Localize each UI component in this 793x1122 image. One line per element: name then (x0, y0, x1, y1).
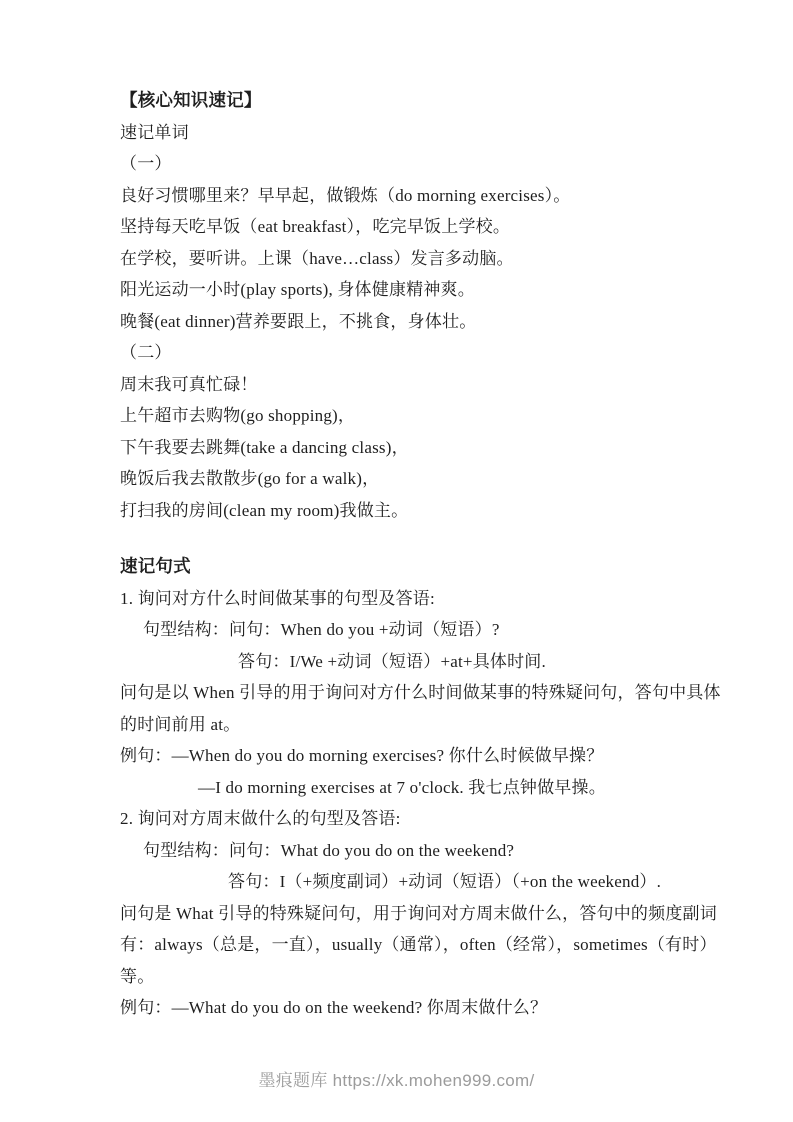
numbered-item-2: 2. 询问对方周末做什么的句型及答语: (120, 803, 680, 835)
example-question-line: 例句：—What do you do on the weekend? 你周末做什… (120, 992, 680, 1024)
part-two-label: （二） (120, 337, 680, 369)
pattern-question-line: 句型结构：问句：What do you do on the weekend? (120, 835, 680, 867)
text-line: 打扫我的房间(clean my room)我做主。 (120, 495, 680, 527)
explanation-line: 的时间前用 at。 (120, 709, 680, 741)
heading-core-knowledge: 【核心知识速记】 (120, 85, 680, 117)
example-answer-line: —I do morning exercises at 7 o'clock. 我七… (120, 772, 680, 804)
document-body: 【核心知识速记】 速记单词 （一） 良好习惯哪里来？早早起，做锻炼（do mor… (120, 85, 680, 1024)
text-line: 周末我可真忙碌！ (120, 369, 680, 401)
text-line: 阳光运动一小时(play sports), 身体健康精神爽。 (120, 274, 680, 306)
text-line: 上午超市去购物(go shopping)， (120, 400, 680, 432)
example-question-line: 例句：—When do you do morning exercises? 你什… (120, 740, 680, 772)
heading-sentence-patterns: 速记句式 (120, 551, 680, 583)
pattern-answer-line: 答句：I（+频度副词）+动词（短语）（+on the weekend）. (120, 866, 680, 898)
section-gap (120, 526, 680, 551)
text-line: 在学校，要听讲。上课（have…class）发言多动脑。 (120, 243, 680, 275)
explanation-line: 等。 (120, 961, 680, 993)
pattern-question-line: 句型结构：问句：When do you +动词（短语）? (120, 614, 680, 646)
explanation-line: 问句是以 When 引导的用于询问对方什么时间做某事的特殊疑问句，答句中具体 (120, 677, 680, 709)
text-line: 良好习惯哪里来？早早起，做锻炼（do morning exercises）。 (120, 180, 680, 212)
subheading-memorize-words: 速记单词 (120, 117, 680, 149)
part-one-label: （一） (120, 148, 680, 180)
explanation-line: 有：always（总是，一直），usually（通常），often（经常），so… (120, 929, 680, 961)
text-line: 坚持每天吃早饭（eat breakfast），吃完早饭上学校。 (120, 211, 680, 243)
text-line: 晚餐(eat dinner)营养要跟上，不挑食，身体壮。 (120, 306, 680, 338)
text-line: 晚饭后我去散散步(go for a walk)， (120, 463, 680, 495)
footer-watermark: 墨痕题库 https://xk.mohen999.com/ (0, 1066, 793, 1091)
text-line: 下午我要去跳舞(take a dancing class)， (120, 432, 680, 464)
pattern-answer-line: 答句：I/We +动词（短语）+at+具体时间. (120, 646, 680, 678)
explanation-line: 问句是 What 引导的特殊疑问句，用于询问对方周末做什么，答句中的频度副词 (120, 898, 680, 930)
numbered-item-1: 1. 询问对方什么时间做某事的句型及答语: (120, 583, 680, 615)
document-page: 【核心知识速记】 速记单词 （一） 良好习惯哪里来？早早起，做锻炼（do mor… (0, 0, 793, 1122)
